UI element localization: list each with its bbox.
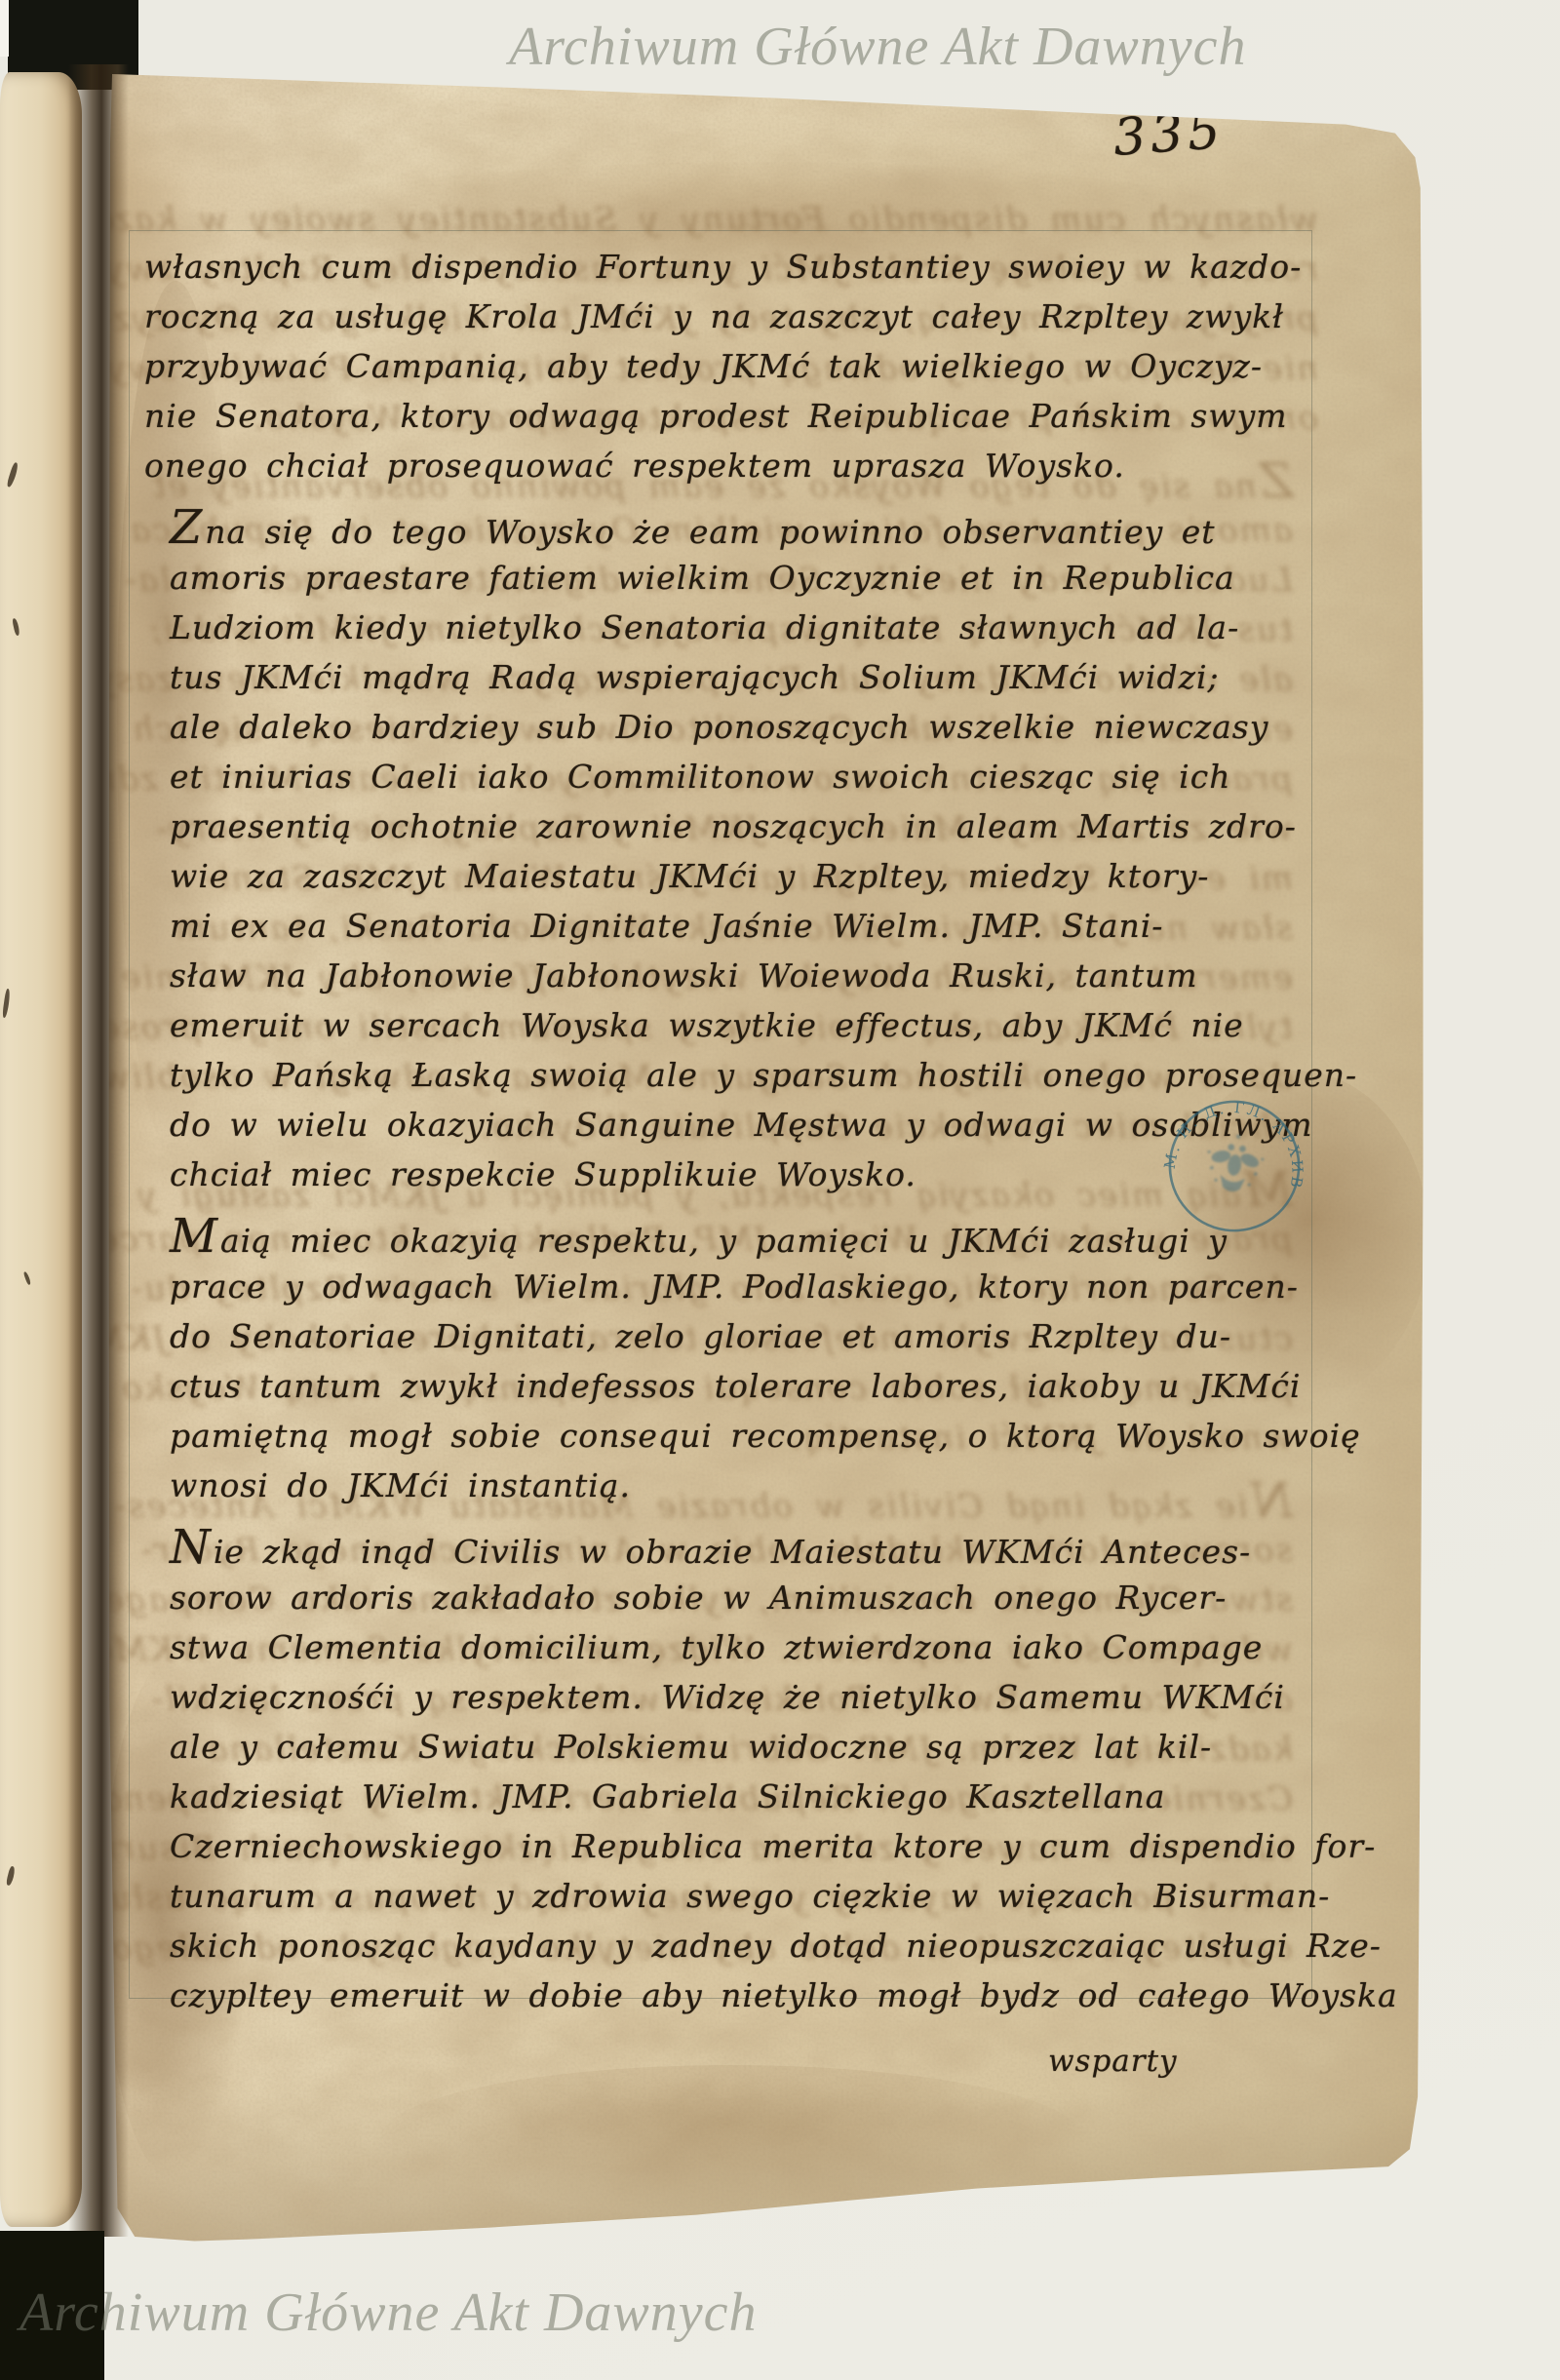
manuscript-line: ale y całemu Swiatu Polskiemu widoczne s… [144,1722,1319,1772]
facing-page-ink-mark [23,1271,32,1286]
manuscript-line: Nie zkąd inąd Civilis w obrazie Maiestat… [144,1523,1319,1573]
manuscript-line: prace y odwagach Wielm. JMP. Podlaskiego… [144,1262,1319,1311]
manuscript-line: własnych cum dispendio Fortuny y Substan… [144,242,1319,292]
ink-stain [380,2065,1082,2211]
manuscript-line: tunarum a nawet y zdrowia swego cięzkie … [144,1871,1319,1921]
manuscript-line: stwa Clementia domicilium, tylko ztwierd… [144,1622,1319,1672]
manuscript-line: skich ponosząc kaydany y zadney dotąd ni… [144,1921,1319,1970]
facing-page-edge [0,72,82,2227]
manuscript-line: ctus tantum zwykł indefessos tolerare la… [144,1361,1319,1411]
manuscript-paragraph: własnych cum dispendio Fortuny y Substan… [144,242,1319,490]
folio-number: 335 [1111,101,1227,168]
manuscript-line: onego chciał prosequować respektem upras… [144,441,1319,490]
watermark-bottom: Archiwum Główne Akt Dawnych [19,2282,757,2344]
manuscript-line: emeruit w sercach Woyska wszytkie effect… [144,1000,1319,1050]
manuscript-paragraph: Nie zkąd inąd Civilis w obrazie Maiestat… [144,1523,1319,2020]
archive-scan: Archiwum Główne Akt Dawnych [0,0,1560,2380]
manuscript-line: Maią miec okazyią respektu, y pamięci u … [144,1212,1319,1262]
watermark-top: Archiwum Główne Akt Dawnych [509,16,1246,78]
manuscript-line: chciał miec respekcie Supplikuie Woysko. [144,1150,1319,1199]
archive-stamp: М. И. Д. ГЛ. АРХИВЪ [1152,1084,1315,1247]
stamp-eagle-emblem [1203,1131,1267,1195]
manuscript-line: pamiętną mogł sobie consequi recompensę,… [144,1411,1319,1461]
manuscript-line: kadziesiąt Wielm. JMP. Gabriela Silnicki… [144,1772,1319,1821]
manuscript-line: wdzięcznośći y respektem. Widzę że niety… [144,1672,1319,1722]
manuscript-line: czypltey emeruit w dobie aby nietylko mo… [144,1970,1319,2020]
manuscript-line: przybywać Campanią, aby tedy JKMć tak wi… [144,341,1319,391]
manuscript-line: roczną za usługę Krola JMći y na zaszczy… [144,292,1319,341]
manuscript-paragraph: Zna się do tego Woysko że eam powinno ob… [144,503,1319,1199]
manuscript-text: własnych cum dispendio Fortuny y Substan… [144,242,1319,2033]
page-edge-sliver [0,0,9,57]
facing-page-ink-mark [6,1866,17,1887]
manuscript-line: wie za zaszczyt Maiestatu JKMći y Rzplte… [144,851,1319,901]
manuscript-line: Zna się do tego Woysko że eam powinno ob… [144,503,1319,553]
manuscript-line: ale daleko bardziey sub Dio ponoszących … [144,702,1319,752]
manuscript-line: Ludziom kiedy nietylko Senatoria dignita… [144,603,1319,652]
catchword: wsparty [1048,2044,1178,2079]
manuscript-line: praesentią ochotnie zarownie noszących i… [144,801,1319,851]
facing-page-ink-mark [12,618,20,637]
manuscript-line: do Senatoriae Dignitati, zelo gloriae et… [144,1311,1319,1361]
manuscript-line: sław na Jabłonowie Jabłonowski Woiewoda … [144,951,1319,1000]
ghost-line: własnych cum dispendio Fortuny y Substan… [138,195,1318,245]
manuscript-line: mi ex ea Senatoria Dignitate Jaśnie Wiel… [144,901,1319,951]
manuscript-line: Czerniechowskiego in Republica merita kt… [144,1821,1319,1871]
manuscript-line: nie Senatora, ktory odwagą prodest Reipu… [144,391,1319,441]
manuscript-line: do w wielu okazyiach Sanguine Męstwa y o… [144,1100,1319,1150]
manuscript-line: tus JKMći mądrą Radą wspierających Soliu… [144,652,1319,702]
manuscript-line: wnosi do JKMći instantią. [144,1461,1319,1510]
facing-page-ink-mark [2,989,11,1018]
manuscript-line: et iniurias Caeli iako Commilitonow swoi… [144,752,1319,801]
manuscript-line: sorow ardoris zakładało sobie w Animusza… [144,1573,1319,1622]
facing-page-ink-mark [6,462,19,488]
manuscript-line: amoris praestare fatiem wielkim Oyczyzni… [144,553,1319,603]
manuscript-paragraph: Maią miec okazyią respektu, y pamięci u … [144,1212,1319,1510]
manuscript-line: tylko Pańską Łaską swoią ale y sparsum h… [144,1050,1319,1100]
